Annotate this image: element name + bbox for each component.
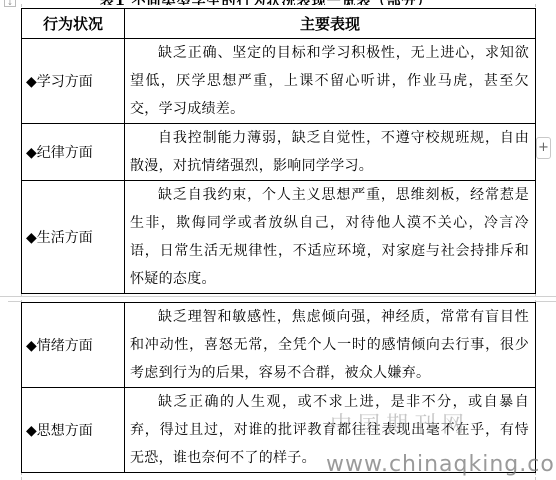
table-row: ◆学习方面 缺乏正确、坚定的目标和学习积极性，无上进心，求知欲望低，厌学思想严重…: [22, 39, 536, 124]
watermark-cn: 中国期刊网: [330, 408, 470, 439]
row-description: 缺乏理智和敏感性，焦虑倾向强，神经质，常常有盲目性和冲动性，喜怒无常，全凭个人一…: [125, 303, 536, 388]
header-behavior-status: 行为状况: [22, 9, 125, 39]
row-category: ◆学习方面: [22, 39, 125, 124]
table-row: ◆纪律方面 自我控制能力薄弱，缺乏自觉性，不遵守校规班规，自由散漫，对抗情绪强烈…: [22, 124, 536, 181]
add-row-button[interactable]: +: [536, 137, 551, 159]
row-description: 缺乏自我约束，个人主义思想严重，思维刻板，经常惹是生非，欺侮同学或者放纵自己，对…: [125, 181, 536, 294]
table-header-row: 行为状况 主要表现: [22, 9, 536, 39]
behavior-table-part2: ◆情绪方面 缺乏理智和敏感性，焦虑倾向强，神经质，常常有盲目性和冲动性，喜怒无常…: [21, 302, 536, 473]
table-row: ◆情绪方面 缺乏理智和敏感性，焦虑倾向强，神经质，常常有盲目性和冲动性，喜怒无常…: [22, 303, 536, 388]
page-break-line-2: [8, 301, 22, 302]
row-category: ◆纪律方面: [22, 124, 125, 181]
row-description: 缺乏正确、坚定的目标和学习积极性，无上进心，求知欲望低，厌学思想严重，上课不留心…: [125, 39, 536, 124]
row-category: ◆思想方面: [22, 388, 125, 473]
page-break-line: [0, 296, 556, 297]
row-category: ◆生活方面: [22, 181, 125, 294]
row-category: ◆情绪方面: [22, 303, 125, 388]
behavior-table-part1: 行为状况 主要表现 ◆学习方面 缺乏正确、坚定的目标和学习积极性，无上进心，求知…: [21, 8, 536, 294]
document-title-clipped: 表1 不同类型学生的行为状况表现一览表（部分）: [100, 0, 460, 5]
table-anchor-icon[interactable]: ↓: [4, 0, 16, 7]
watermark-url: www.chinaqking.com: [326, 452, 556, 477]
header-main-manifestation: 主要表现: [125, 9, 536, 39]
row-description: 自我控制能力薄弱，缺乏自觉性，不遵守校规班规，自由散漫，对抗情绪强烈，影响同学学…: [125, 124, 536, 181]
table-row: ◆生活方面 缺乏自我约束，个人主义思想严重，思维刻板，经常惹是生非，欺侮同学或者…: [22, 181, 536, 294]
page-break-line-3: [536, 301, 556, 302]
